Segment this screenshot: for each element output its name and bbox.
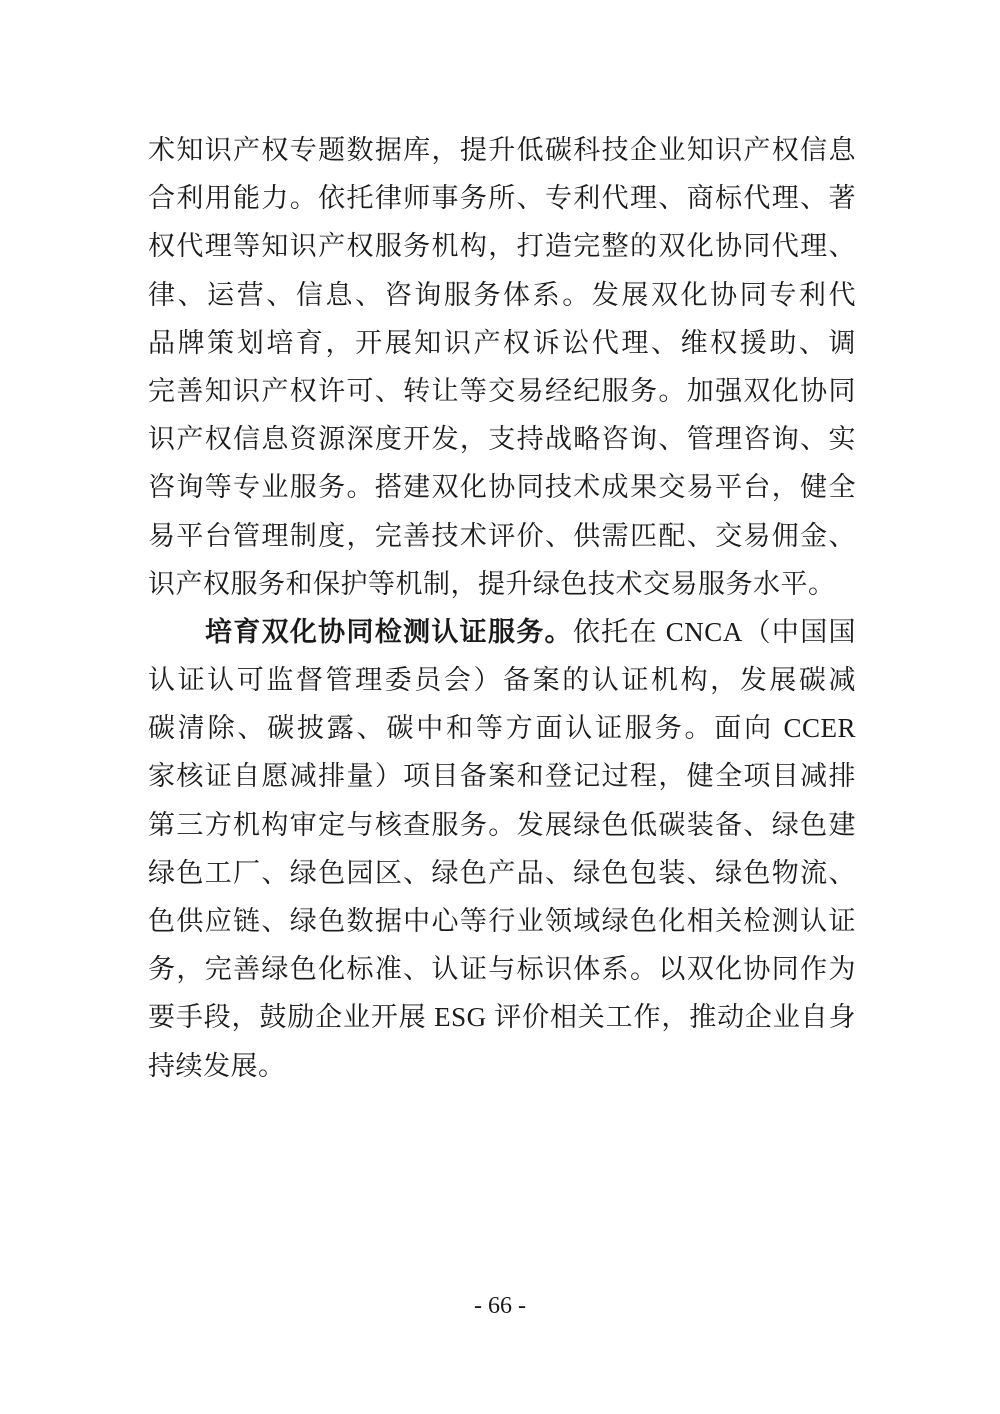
text-line: 完善知识产权许可、转让等交易经纪服务。加强双化协同知 [148,367,856,415]
text-segment: 术知识产权专题数据库，提升低碳科技企业知识产权信息综 [148,135,856,174]
text-segment: 绿色工厂、绿色园区、绿色产品、绿色包装、绿色物流、绿 [148,858,856,897]
text-segment: 识产权服务和保护等机制，提升绿色技术交易服务水平。 [148,569,836,599]
text-segment: 认证认可监督管理委员会）备案的认证机构，发展碳减排、 [148,665,856,704]
text-line: 咨询等专业服务。搭建双化协同技术成果交易平台，健全交 [148,463,856,511]
text-line: 务，完善绿色化标准、认证与标识体系。以双化协同作为重 [148,945,856,993]
paragraph-2: 培育双化协同检测认证服务。依托在 CNCA（中国国家认证认可监督管理委员会）备案… [148,608,856,1090]
text-line: 权代理等知识产权服务机构，打造完整的双化协同代理、法 [148,222,856,270]
text-line: 认证认可监督管理委员会）备案的认证机构，发展碳减排、 [148,656,856,704]
text-line: 识产权信息资源深度开发，支持战略咨询、管理咨询、实务 [148,415,856,463]
text-line: 合利用能力。依托律师事务所、专利代理、商标代理、著作 [148,174,856,222]
text-segment: 合利用能力。依托律师事务所、专利代理、商标代理、著作 [148,183,856,222]
text-segment: 持续发展。 [148,1051,286,1081]
text-segment: 完善知识产权许可、转让等交易经纪服务。加强双化协同知 [148,376,856,415]
text-line: 品牌策划培育，开展知识产权诉讼代理、维权援助、调解， [148,319,856,367]
text-line: 家核证自愿减排量）项目备案和登记过程，健全项目减排量 [148,752,856,800]
page-number: - 66 - [0,1288,1000,1324]
text-line: 识产权服务和保护等机制，提升绿色技术交易服务水平。 [148,560,856,608]
bold-text-segment: 培育双化协同检测认证服务。 [205,617,573,647]
text-line: 绿色工厂、绿色园区、绿色产品、绿色包装、绿色物流、绿 [148,849,856,897]
paragraph-1: 术知识产权专题数据库，提升低碳科技企业知识产权信息综合利用能力。依托律师事务所、… [148,126,856,608]
text-segment: 务，完善绿色化标准、认证与标识体系。以双化协同作为重 [148,954,856,993]
text-segment: 碳清除、碳披露、碳中和等方面认证服务。面向 CCER（国 [148,713,856,752]
text-line: 易平台管理制度，完善技术评价、供需匹配、交易佣金、知 [148,512,856,560]
text-line: 律、运营、信息、咨询服务体系。发展双化协同专利代理、 [148,271,856,319]
text-line: 色供应链、绿色数据中心等行业领域绿色化相关检测认证服 [148,897,856,945]
text-segment: 咨询等专业服务。搭建双化协同技术成果交易平台，健全交 [148,472,856,511]
text-segment: 识产权信息资源深度开发，支持战略咨询、管理咨询、实务 [148,424,856,463]
text-segment: 要手段，鼓励企业开展 ESG 评价相关工作，推动企业自身可 [148,1002,856,1041]
text-line: 持续发展。 [148,1042,856,1090]
document-body-text: 术知识产权专题数据库，提升低碳科技企业知识产权信息综合利用能力。依托律师事务所、… [148,126,856,1090]
text-segment: 色供应链、绿色数据中心等行业领域绿色化相关检测认证服 [148,906,856,945]
text-segment: 品牌策划培育，开展知识产权诉讼代理、维权援助、调解， [148,328,856,367]
text-segment: 易平台管理制度，完善技术评价、供需匹配、交易佣金、知 [148,521,856,560]
document-page: 术知识产权专题数据库，提升低碳科技企业知识产权信息综合利用能力。依托律师事务所、… [0,0,1000,1414]
text-line: 术知识产权专题数据库，提升低碳科技企业知识产权信息综 [148,126,856,174]
text-line: 碳清除、碳披露、碳中和等方面认证服务。面向 CCER（国 [148,704,856,752]
text-segment: 家核证自愿减排量）项目备案和登记过程，健全项目减排量 [148,761,856,800]
text-line: 第三方机构审定与核查服务。发展绿色低碳装备、绿色建材、 [148,801,856,849]
text-segment: 权代理等知识产权服务机构，打造完整的双化协同代理、法 [148,231,856,270]
text-line: 培育双化协同检测认证服务。依托在 CNCA（中国国家 [148,608,856,656]
text-segment: 第三方机构审定与核查服务。发展绿色低碳装备、绿色建材、 [148,810,856,849]
text-line: 要手段，鼓励企业开展 ESG 评价相关工作，推动企业自身可 [148,993,856,1041]
text-segment: 律、运营、信息、咨询服务体系。发展双化协同专利代理、 [148,280,856,319]
